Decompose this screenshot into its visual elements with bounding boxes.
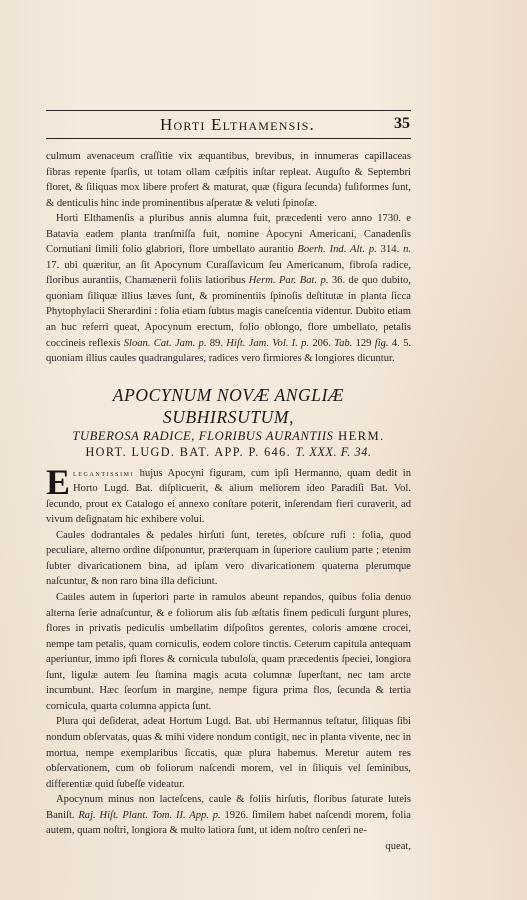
species-title: APOCYNUM NOVÆ ANGLIÆ SUBHIRSUTUM, (46, 384, 411, 428)
header-rule-top (46, 110, 411, 111)
species-subtitle-italic: TUBEROSA RADICE, FLORIBUS AURANTIIS (72, 429, 333, 443)
paragraph: Caules autem in ſuperiori parte in ramul… (46, 590, 411, 714)
text-run: 129 (352, 338, 374, 349)
text-run: 89. (207, 338, 227, 349)
italic-citation: Boerh. Ind. Alt. p. (297, 244, 376, 255)
text-run: culmum avenaceum craſſitie vix æquantibu… (46, 151, 411, 209)
running-head-title: Horti Elthamensis. (46, 115, 411, 135)
text-run: 314. (377, 244, 403, 255)
species-subtitle: TUBEROSA RADICE, FLORIBUS AURANTIIS HERM… (46, 428, 411, 444)
paragraph-lead: ELEGANTISSIMI hujus Apocyni figuram, cum… (46, 466, 411, 528)
italic-citation: Tab. (334, 338, 352, 349)
text-run: Caules autem in ſuperiori parte in ramul… (46, 592, 411, 712)
italic-citation: Sloan. Cat. Jam. p. (124, 338, 207, 349)
italic-citation: Raj. Hiſt. Plant. Tom. II. App. p. (78, 810, 220, 821)
species-reference: HORT. LUGD. BAT. APP. P. 646. T. XXX. F.… (46, 444, 411, 461)
paragraph: culmum avenaceum craſſitie vix æquantibu… (46, 149, 411, 211)
section-2-text: ELEGANTISSIMI hujus Apocyni figuram, cum… (46, 466, 411, 855)
text-run: Caules dodrantales & pedales hirſuti ſun… (46, 530, 411, 588)
species-heading: APOCYNUM NOVÆ ANGLIÆ SUBHIRSUTUM, TUBERO… (46, 384, 411, 461)
running-head: Horti Elthamensis. 35 (46, 108, 411, 138)
italic-citation: Herm. Par. Bat. p. (249, 275, 329, 286)
book-page: Horti Elthamensis. 35 culmum avenaceum c… (46, 108, 411, 854)
text-run: Plura qui deſiderat, adeat Hortum Lugd. … (46, 716, 411, 789)
lead-smallcaps: LEGANTISSIMI (73, 468, 134, 478)
header-rule-bottom (46, 138, 411, 139)
italic-citation: n. (403, 244, 411, 255)
species-reference-roman: HORT. LUGD. BAT. APP. P. 646. (85, 445, 295, 459)
paragraph: Horti Elthamenſis a pluribus annis alumn… (46, 211, 411, 366)
drop-cap: E (46, 468, 70, 496)
catchword: queat, (46, 839, 411, 855)
paragraph: Apocynum minus non lacteſcens, caule & f… (46, 792, 411, 839)
paragraph: Plura qui deſiderat, adeat Hortum Lugd. … (46, 714, 411, 792)
paragraph: Caules dodrantales & pedales hirſuti ſun… (46, 528, 411, 590)
section-1-text: culmum avenaceum craſſitie vix æquantibu… (46, 149, 411, 367)
species-reference-italic: T. XXX. F. 34. (296, 445, 372, 459)
italic-citation: Hiſt. Jam. Vol. I. p. (226, 338, 309, 349)
text-run: 206. (309, 338, 334, 349)
page-number: 35 (394, 115, 410, 133)
italic-citation: fig. (375, 338, 389, 349)
species-subtitle-roman: HERM. (334, 429, 385, 443)
